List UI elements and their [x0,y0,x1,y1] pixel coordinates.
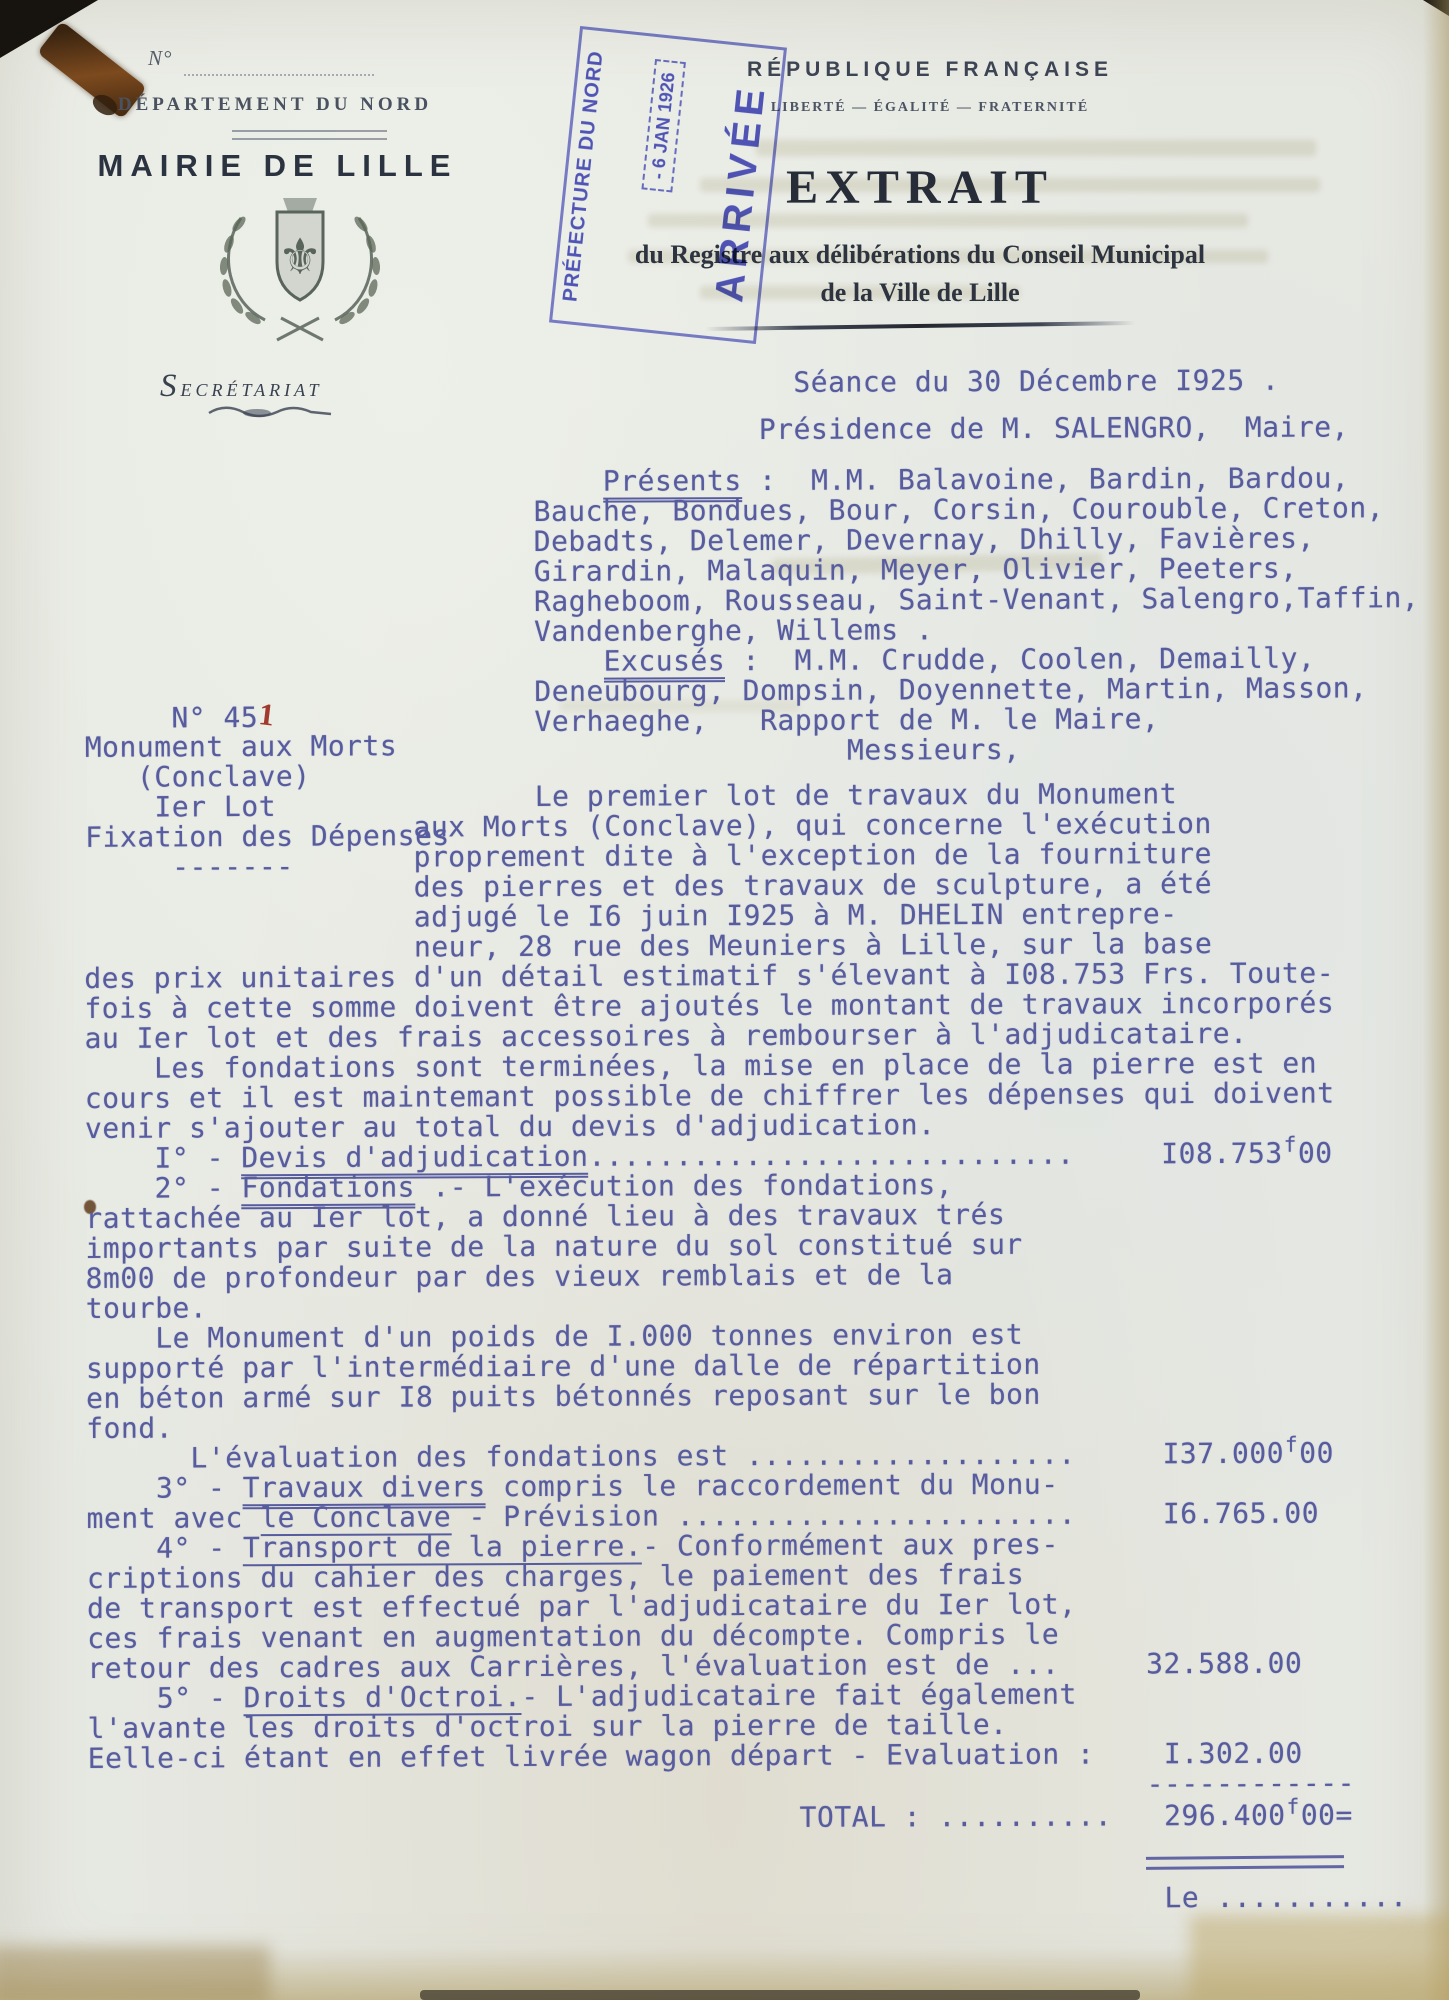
typed-line: Présidence de M. SALENGRO, Maire, [82,412,1432,448]
document-subtitle-1: du Registre aux délibérations du Conseil… [520,240,1320,270]
document-scan: N° DÉPARTEMENT DU NORD MAIRIE DE LILLE [0,0,1449,2000]
lille-coat-of-arms: ⚜ [185,192,415,347]
typed-line: Le ........... [88,1882,1438,1918]
stain-bottom-left [0,1945,270,2000]
typed-body: Séance du 30 Décembre I925 . Présidence … [82,365,1439,1918]
amount-value: I37.000f00 [1162,1436,1334,1470]
amount-value: I08.753f00 [1161,1137,1333,1171]
typed-line: TOTAL : .......... 296.400f00= [88,1800,1438,1836]
department-rule [232,130,387,140]
bleedthrough-smudge [756,140,1316,156]
amount-value: 32.588.00 [1146,1647,1302,1681]
subtitle-flourish-rule [705,321,1135,331]
typed-line: Messieurs, [83,733,1433,769]
department-heading: DÉPARTEMENT DU NORD [100,94,450,116]
amount-value: I6.765.00 [1163,1497,1319,1531]
document-title: EXTRAIT [640,160,1200,215]
stamp-prefecture-text: PRÉFECTURE DU NORD [558,37,610,314]
bleedthrough-smudge [648,214,1248,227]
stain-bottom-right [1190,1915,1449,2000]
fleur-de-lis-icon: ⚜ [278,229,323,285]
typed-line: Séance du 30 Décembre I925 . [82,365,1432,401]
devise-line: LIBERTÉ — ÉGALITÉ — FRATERNITÉ [690,100,1170,116]
doc-number-label: N° [148,46,172,71]
document-subtitle-2: de la Ville de Lille [520,278,1320,308]
amount-value: 296.400f00 [1164,1798,1336,1832]
doc-number-dotted-line [184,52,374,76]
scan-edge-line [420,1990,1140,2000]
amount-value: I.302.00 [1164,1737,1303,1771]
mairie-heading: MAIRIE DE LILLE [80,148,475,184]
mural-crown [283,198,317,212]
total-double-rule [1146,1855,1344,1870]
republique-heading: RÉPUBLIQUE FRANÇAISE [690,58,1170,82]
